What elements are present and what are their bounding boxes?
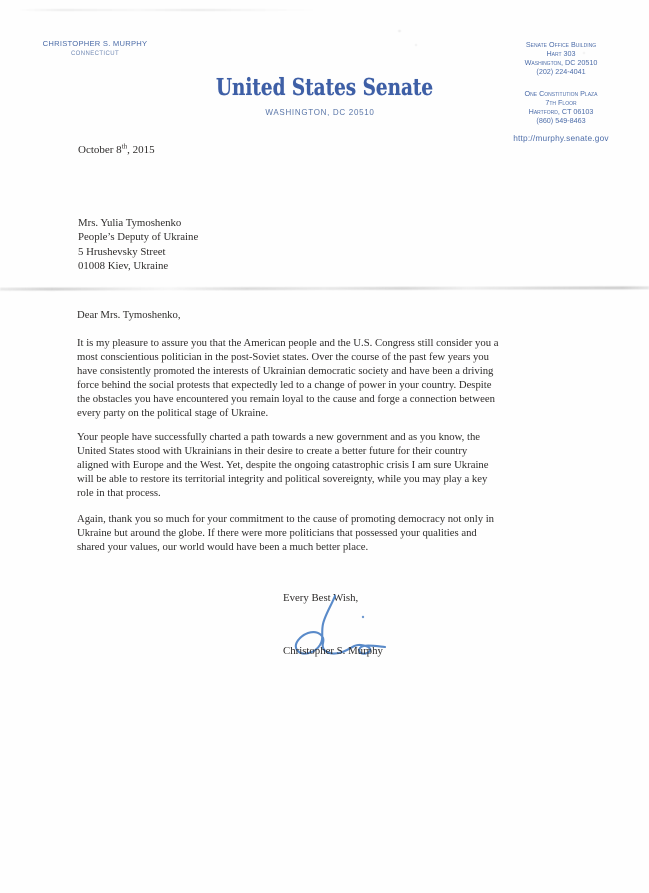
salutation: Dear Mrs. Tymoshenko, bbox=[77, 308, 632, 322]
signature-typed-name: Christopher S. Murphy bbox=[283, 645, 383, 657]
closing-block: Every Best Wish, Christopher S. Murphy bbox=[283, 592, 358, 604]
dc-office-address: Senate Office Building Hart 303 Washingt… bbox=[478, 40, 644, 76]
letter-date: October 8th, 2015 bbox=[78, 144, 155, 156]
body-paragraph-2: Your people have successfully charted a … bbox=[77, 430, 632, 500]
scanned-letter-page: CHRISTOPHER S. MURPHY CONNECTICUT United… bbox=[0, 0, 649, 893]
scan-crease-line bbox=[0, 286, 649, 290]
sender-name: CHRISTOPHER S. MURPHY bbox=[25, 39, 165, 48]
org-address: WASHINGTON, DC 20510 bbox=[190, 108, 450, 117]
scan-speck bbox=[398, 30, 401, 32]
letterhead-contact-block: Senate Office Building Hart 303 Washingt… bbox=[478, 40, 644, 143]
org-name: United States Senate bbox=[216, 74, 424, 101]
website-url: http://murphy.senate.gov bbox=[478, 134, 644, 143]
date-prefix: October 8 bbox=[78, 144, 122, 156]
body-paragraph-3: Again, thank you so much for your commit… bbox=[77, 512, 632, 554]
letterhead-sender-block: CHRISTOPHER S. MURPHY CONNECTICUT bbox=[25, 39, 165, 57]
letter-body: Dear Mrs. Tymoshenko, It is my pleasure … bbox=[77, 308, 632, 554]
scan-artifact-top bbox=[18, 9, 318, 11]
body-paragraph-1: It is my pleasure to assure you that the… bbox=[77, 336, 632, 420]
letterhead-org-block: United States Senate WASHINGTON, DC 2051… bbox=[190, 74, 450, 117]
scan-speck bbox=[415, 44, 417, 46]
sender-state: CONNECTICUT bbox=[25, 51, 165, 57]
date-suffix: , 2015 bbox=[127, 144, 155, 156]
recipient-address-block: Mrs. Yulia Tymoshenko People’s Deputy of… bbox=[78, 216, 198, 273]
ct-office-address: One Constitution Plaza 7th Floor Hartfor… bbox=[478, 89, 644, 125]
